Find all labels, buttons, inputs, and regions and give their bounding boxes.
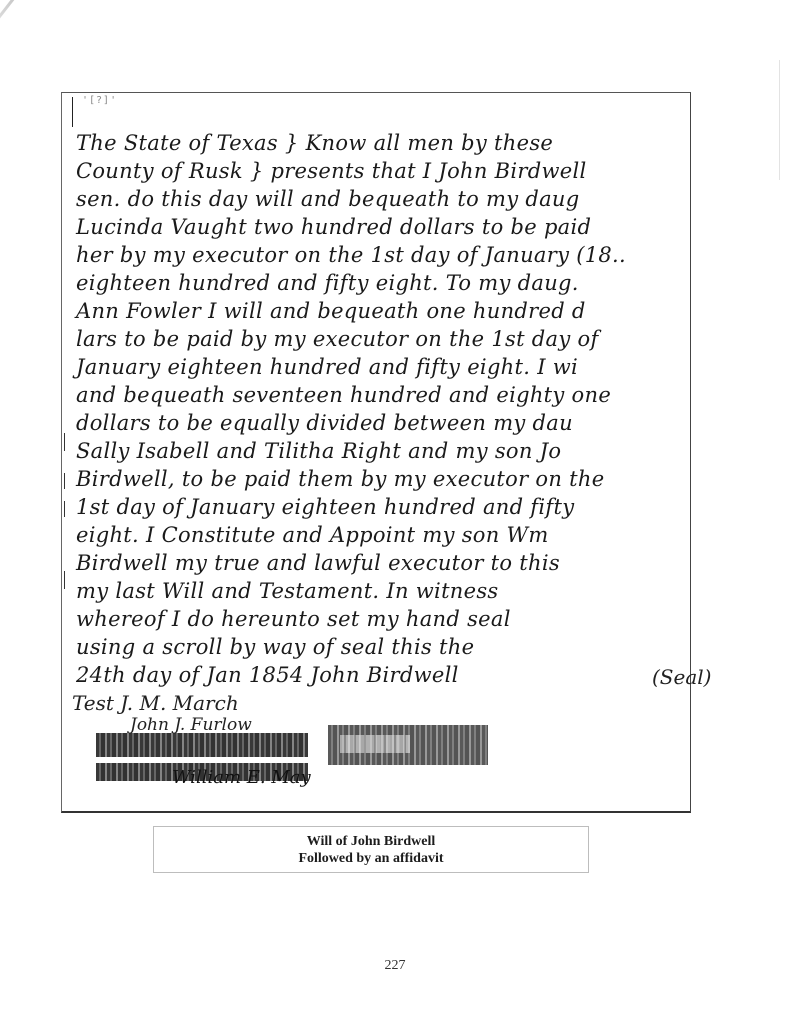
scan-edge-line <box>779 60 780 180</box>
handwritten-line: and bequeath seventeen hundred and eight… <box>76 383 684 407</box>
margin-tick <box>64 501 65 517</box>
redaction-block <box>96 733 308 757</box>
handwritten-line: Ann Fowler I will and bequeath one hundr… <box>76 299 684 323</box>
handwritten-line: whereof I do hereunto set my hand seal <box>76 607 684 631</box>
margin-tick <box>64 473 65 489</box>
caption-subtitle: Followed by an affidavit <box>154 850 588 867</box>
handwritten-line: Sally Isabell and Tilitha Right and my s… <box>76 439 684 463</box>
handwritten-line: eight. I Constitute and Appoint my son W… <box>76 523 684 547</box>
handwritten-line: Lucinda Vaught two hundred dollars to be… <box>76 215 684 239</box>
witness-signature: John J. Furlow <box>130 715 252 735</box>
handwritten-line: Birdwell, to be paid them by my executor… <box>76 467 684 491</box>
witness-signature: William E. May <box>172 767 311 788</box>
handwritten-line: sen. do this day will and bequeath to my… <box>76 187 684 211</box>
margin-tick <box>64 433 65 451</box>
seal-scroll-highlight <box>340 735 410 753</box>
margin-rule <box>72 97 73 127</box>
margin-tick <box>64 571 65 589</box>
handwritten-line: her by my executor on the 1st day of Jan… <box>76 243 684 267</box>
attest-signature: Test J. M. March <box>72 691 239 715</box>
caption-title: Will of John Birdwell <box>154 833 588 850</box>
will-document-scan: '[?]' The State of Texas } Know all men … <box>61 92 691 813</box>
handwritten-line: 24th day of Jan 1854 John Birdwell <box>76 663 684 687</box>
handwritten-line: eighteen hundred and fifty eight. To my … <box>76 271 684 295</box>
handwritten-line: Birdwell my true and lawful executor to … <box>76 551 684 575</box>
page-number: 227 <box>0 958 790 974</box>
handwritten-line: January eighteen hundred and fifty eight… <box>76 355 684 379</box>
handwritten-line: County of Rusk } presents that I John Bi… <box>76 159 684 183</box>
handwritten-line: lars to be paid by my executor on the 1s… <box>76 327 684 351</box>
handwritten-line: dollars to be equally divided between my… <box>76 411 684 435</box>
handwritten-line: 1st day of January eighteen hundred and … <box>76 495 684 519</box>
archive-stamp: '[?]' <box>82 95 117 106</box>
handwritten-line: using a scroll by way of seal this the <box>76 635 684 659</box>
handwritten-line: The State of Texas } Know all men by the… <box>76 131 684 155</box>
figure-caption: Will of John Birdwell Followed by an aff… <box>153 826 589 873</box>
page-corner-crease <box>0 0 55 42</box>
seal-mark: (Seal) <box>652 665 711 689</box>
handwritten-line: my last Will and Testament. In witness <box>76 579 684 603</box>
